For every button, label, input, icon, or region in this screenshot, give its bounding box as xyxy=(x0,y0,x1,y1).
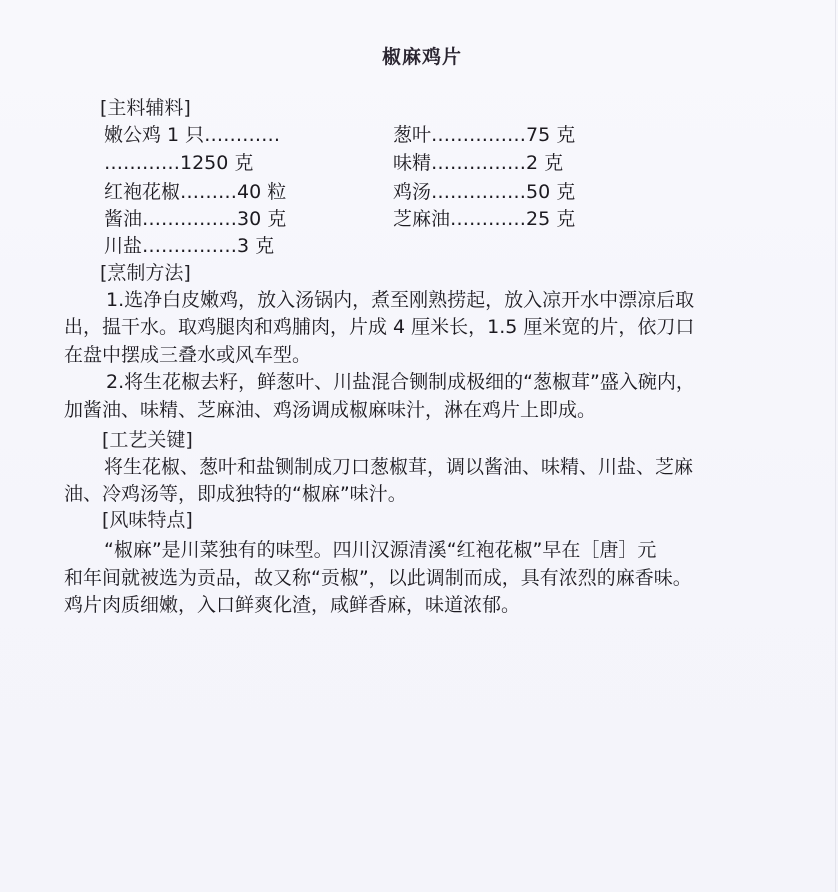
flavor-heading: [风味特点] xyxy=(102,508,193,532)
ingredient-item: 鸡汤……………50 克 xyxy=(393,180,575,204)
key-points-line: 将生花椒、葱叶和盐铡制成刀口葱椒茸，调以酱油、味精、川盐、芝麻 xyxy=(104,455,693,479)
method-heading: [烹制方法] xyxy=(100,261,191,285)
flavor-line: 鸡片肉质细嫩，入口鲜爽化渣，咸鲜香麻，味道浓郁。 xyxy=(64,593,520,617)
ingredients-heading: [主料辅料] xyxy=(100,96,191,120)
ingredient-item: 味精……………2 克 xyxy=(393,151,563,175)
method-line: 出，揾干水。取鸡腿肉和鸡脯肉，片成 4 厘米长，1.5 厘米宽的片，依刀口 xyxy=(64,315,694,339)
method-line: 在盘中摆成三叠水或风车型。 xyxy=(64,343,311,367)
method-line: 加酱油、味精、芝麻油、鸡汤调成椒麻味汁，淋在鸡片上即成。 xyxy=(64,398,596,422)
key-points-line: 油、冷鸡汤等，即成独特的“椒麻”味汁。 xyxy=(64,482,407,506)
ingredient-item: 嫩公鸡 1 只………… xyxy=(104,123,280,147)
document-page: 椒麻鸡片 [主料辅料] 嫩公鸡 1 只………… …………1250 克 红袍花椒…… xyxy=(0,0,838,892)
page-title: 椒麻鸡片 xyxy=(0,42,838,69)
page-edge xyxy=(835,0,836,892)
ingredient-item: 酱油……………30 克 xyxy=(104,207,286,231)
ingredient-item: 川盐……………3 克 xyxy=(104,234,274,258)
flavor-line: 和年间就被选为贡品，故又称“贡椒”，以此调制而成，具有浓烈的麻香味。 xyxy=(64,566,692,590)
flavor-line: “椒麻”是川菜独有的味型。四川汉源清溪“红袍花椒”早在［唐］元 xyxy=(104,538,656,562)
ingredient-item: 芝麻油…………25 克 xyxy=(393,207,575,231)
ingredient-item: 葱叶……………75 克 xyxy=(393,123,575,147)
method-line: 2.将生花椒去籽，鲜葱叶、川盐混合铡制成极细的“葱椒茸”盛入碗内， xyxy=(106,370,695,394)
ingredient-item: …………1250 克 xyxy=(104,151,253,175)
key-points-heading: [工艺关键] xyxy=(102,428,193,452)
ingredient-item: 红袍花椒………40 粒 xyxy=(104,180,286,204)
method-line: 1.选净白皮嫩鸡，放入汤锅内，煮至刚熟捞起，放入凉开水中漂凉后取 xyxy=(106,288,694,312)
